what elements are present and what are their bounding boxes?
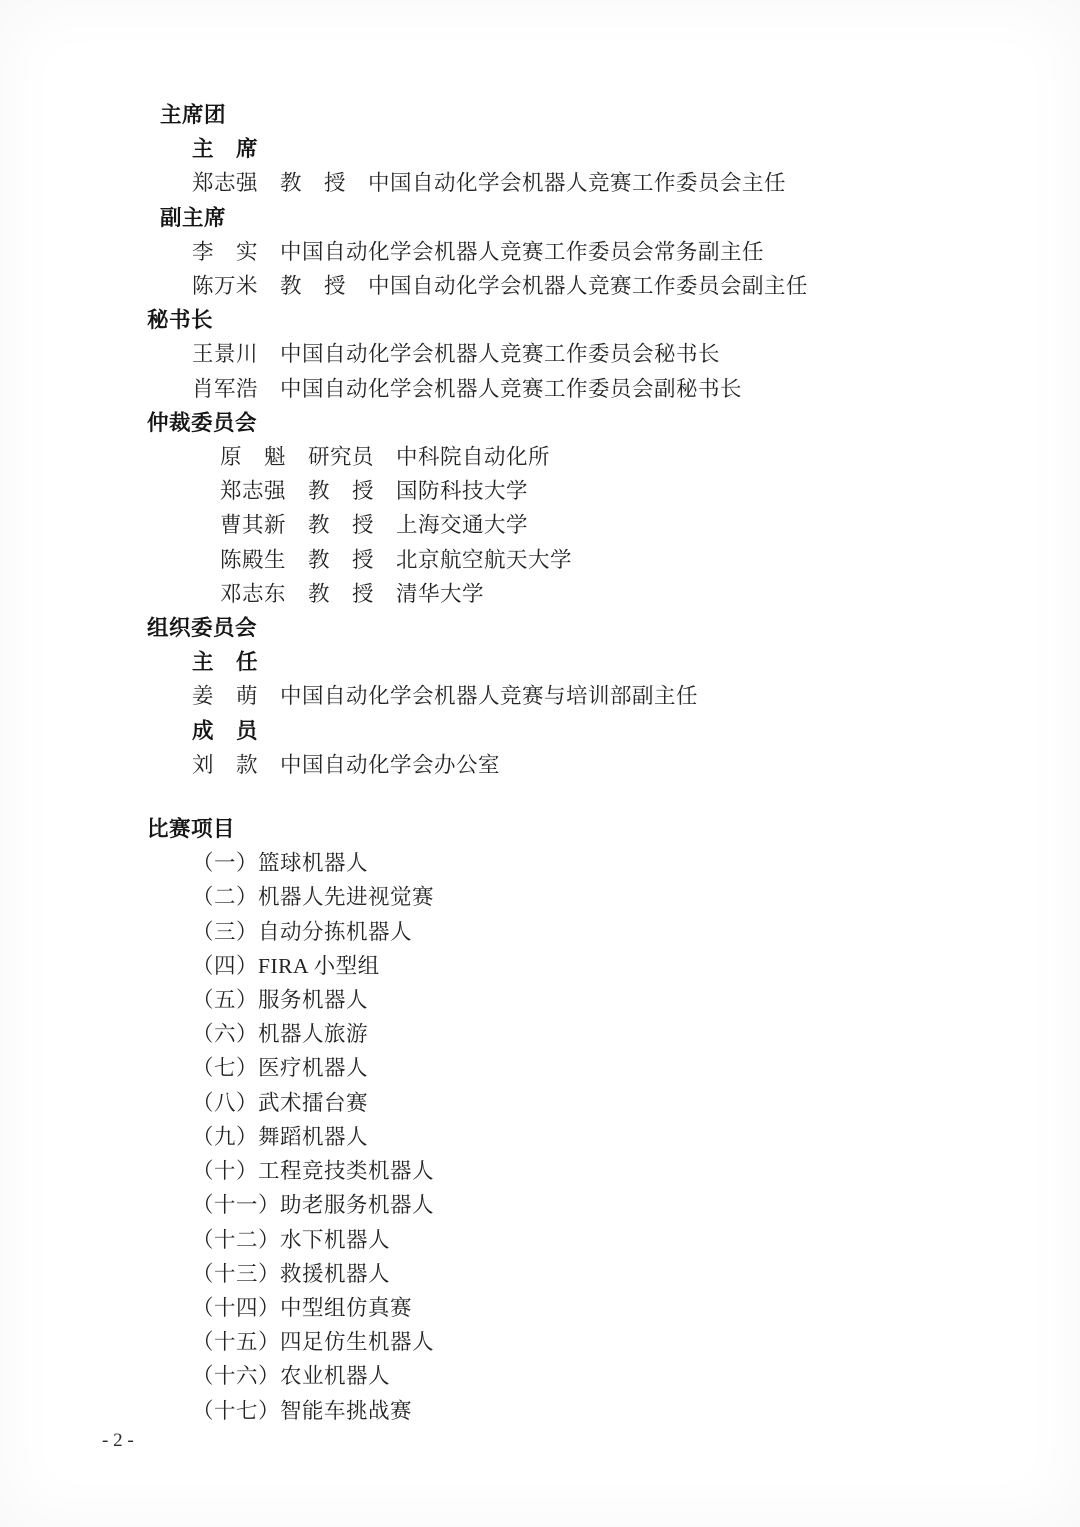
text-line: （七）医疗机器人	[0, 1051, 1080, 1085]
text-line: 郑志强 教 授 国防科技大学	[0, 474, 1080, 508]
text-line: 陈殿生 教 授 北京航空航天大学	[0, 543, 1080, 577]
document-content: 主席团主 席郑志强 教 授 中国自动化学会机器人竞赛工作委员会主任副主席李 实 …	[0, 0, 1080, 1428]
text-line: （六）机器人旅游	[0, 1017, 1080, 1051]
text-line: 曹其新 教 授 上海交通大学	[0, 508, 1080, 542]
subheading: 成 员	[0, 714, 1080, 748]
section-heading: 秘书长	[0, 303, 1080, 337]
section-heading: 仲裁委员会	[0, 406, 1080, 440]
text-line: （十七）智能车挑战赛	[0, 1394, 1080, 1428]
text-line: （十四）中型组仿真赛	[0, 1291, 1080, 1325]
text-line: 王景川 中国自动化学会机器人竞赛工作委员会秘书长	[0, 337, 1080, 371]
text-line: （十一）助老服务机器人	[0, 1188, 1080, 1222]
text-line: （十二）水下机器人	[0, 1223, 1080, 1257]
text-line: （九）舞蹈机器人	[0, 1120, 1080, 1154]
text-line: 邓志东 教 授 清华大学	[0, 577, 1080, 611]
text-line: （十六）农业机器人	[0, 1359, 1080, 1393]
text-line: （十）工程竞技类机器人	[0, 1154, 1080, 1188]
text-line: （二）机器人先进视觉赛	[0, 880, 1080, 914]
text-line: 郑志强 教 授 中国自动化学会机器人竞赛工作委员会主任	[0, 166, 1080, 200]
subheading: 主 席	[0, 132, 1080, 166]
document-page: 主席团主 席郑志强 教 授 中国自动化学会机器人竞赛工作委员会主任副主席李 实 …	[0, 0, 1080, 1527]
section-heading: 副主席	[0, 201, 1080, 235]
section-heading: 比赛项目	[0, 812, 1080, 846]
subheading: 主 任	[0, 645, 1080, 679]
text-line: 李 实 中国自动化学会机器人竞赛工作委员会常务副主任	[0, 235, 1080, 269]
text-line: （十三）救援机器人	[0, 1257, 1080, 1291]
section-heading: 组织委员会	[0, 611, 1080, 645]
text-line: 原 魁 研究员 中科院自动化所	[0, 440, 1080, 474]
text-line: （十五）四足仿生机器人	[0, 1325, 1080, 1359]
text-line: 刘 款 中国自动化学会办公室	[0, 748, 1080, 782]
text-line: （一）篮球机器人	[0, 846, 1080, 880]
text-line: 姜 萌 中国自动化学会机器人竞赛与培训部副主任	[0, 679, 1080, 713]
text-line: （四）FIRA 小型组	[0, 949, 1080, 983]
text-line: 陈万米 教 授 中国自动化学会机器人竞赛工作委员会副主任	[0, 269, 1080, 303]
text-line: （三）自动分拣机器人	[0, 915, 1080, 949]
text-line: （五）服务机器人	[0, 983, 1080, 1017]
section-gap	[0, 782, 1080, 812]
text-line: （八）武术擂台赛	[0, 1086, 1080, 1120]
page-number: - 2 -	[102, 1429, 134, 1453]
section-heading: 主席团	[0, 98, 1080, 132]
text-line: 肖军浩 中国自动化学会机器人竞赛工作委员会副秘书长	[0, 372, 1080, 406]
